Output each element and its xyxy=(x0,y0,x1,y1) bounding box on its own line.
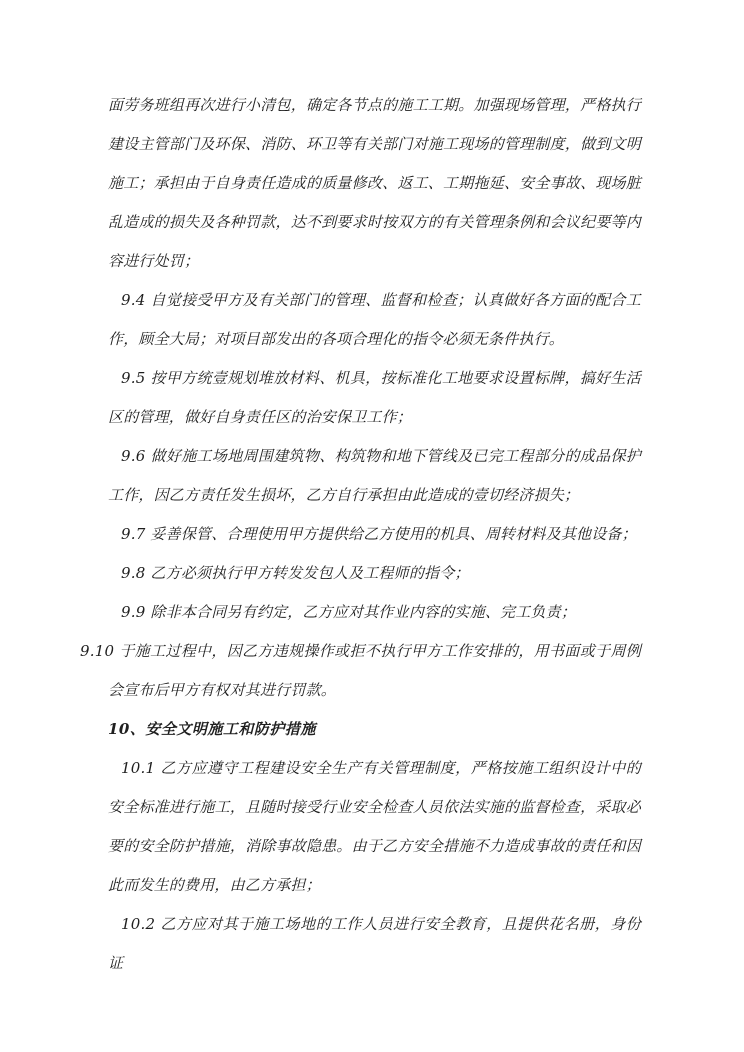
clause-9-9: 9.9 除非本合同另有约定，乙方应对其作业内容的实施、完工负责； xyxy=(108,593,641,632)
section-heading-10: 10、安全文明施工和防护措施 xyxy=(108,710,641,749)
clause-10-1: 10.1 乙方应遵守工程建设安全生产有关管理制度，严格按施工组织设计中的安全标准… xyxy=(108,749,641,905)
clause-9-5: 9.5 按甲方统壹规划堆放材料、机具，按标准化工地要求设置标牌，搞好生活区的管理… xyxy=(108,359,641,437)
paragraph-continuation: 面劳务班组再次进行小清包，确定各节点的施工工期。加强现场管理，严格执行建设主管部… xyxy=(108,86,641,281)
clause-10-2: 10.2 乙方应对其于施工场地的工作人员进行安全教育，且提供花名册，身份证 xyxy=(108,905,641,983)
clause-9-10: 9.10 于施工过程中，因乙方违规操作或拒不执行甲方工作安排的，用书面或于周例会… xyxy=(108,632,641,710)
document-page: 面劳务班组再次进行小清包，确定各节点的施工工期。加强现场管理，严格执行建设主管部… xyxy=(0,0,744,1052)
clause-9-4: 9.4 自觉接受甲方及有关部门的管理、监督和检查；认真做好各方面的配合工作，顾全… xyxy=(108,281,641,359)
clause-9-6: 9.6 做好施工场地周围建筑物、构筑物和地下管线及已完工程部分的成品保护工作，因… xyxy=(108,437,641,515)
clause-9-7: 9.7 妥善保管、合理使用甲方提供给乙方使用的机具、周转材料及其他设备； xyxy=(108,515,641,554)
clause-9-8: 9.8 乙方必须执行甲方转发发包人及工程师的指令； xyxy=(108,554,641,593)
document-text-block: 面劳务班组再次进行小清包，确定各节点的施工工期。加强现场管理，严格执行建设主管部… xyxy=(108,86,641,983)
